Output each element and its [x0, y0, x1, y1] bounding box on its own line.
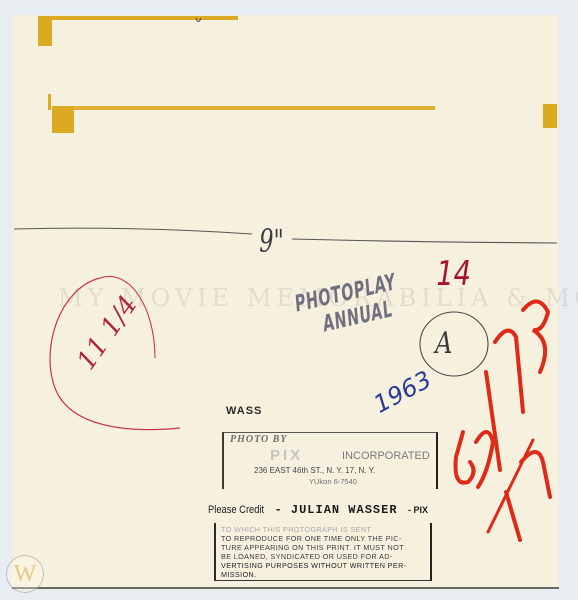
agency-stamp-box: PHOTO BY PIX INCORPORATED 236 EAST 46th …	[222, 432, 438, 489]
notice-line: BE LOANED, SYNDICATED OR USED FOR AD-	[221, 552, 430, 561]
credit-name: - JULIAN WASSER	[275, 503, 398, 517]
usage-notice-stamp: TO WHICH THIS PHOTOGRAPH IS SENT TO REPR…	[214, 523, 432, 581]
tape-strip-middle	[55, 106, 435, 110]
red-circle-mark	[40, 268, 190, 438]
tape-strip-middle-end	[52, 106, 74, 133]
tape-strip-top-end	[38, 16, 52, 46]
tape-strip-top	[38, 16, 238, 20]
measurement-label: 9"	[259, 222, 284, 260]
photographer-code: WASS	[226, 405, 262, 417]
pencil-mark-icon	[194, 16, 204, 26]
notice-line: VERTISING PURPOSES WITHOUT WRITTEN PER-	[221, 561, 430, 570]
red-date-label: 6/17/73	[0, 0, 3, 1]
credit-prefix: Please Credit	[208, 504, 264, 516]
red-number-14: 14	[436, 254, 471, 294]
worthpoint-badge-icon: W	[6, 555, 44, 593]
credit-suffix: - PIX	[408, 505, 428, 515]
agency-phone: YUkon 6-7540	[309, 477, 357, 486]
agency-incorporated: INCORPORATED	[342, 450, 430, 462]
agency-logo: PIX	[270, 447, 303, 464]
credit-stamp: Please Credit - JULIAN WASSER - PIX	[208, 500, 428, 518]
agency-address: 236 EAST 46th ST., N. Y. 17, N. Y.	[254, 466, 375, 475]
photo-by-label: PHOTO BY	[230, 434, 288, 445]
notice-line: TO REPRODUCE FOR ONE TIME ONLY THE PIC-	[221, 534, 430, 543]
tape-strip-right	[543, 104, 557, 128]
tape-strip-middle-tick	[48, 94, 51, 110]
red-date-handwriting	[448, 292, 558, 552]
notice-line: TO WHICH THIS PHOTOGRAPH IS SENT	[221, 525, 430, 534]
notice-line: TURE APPEARING ON THIS PRINT. IT MUST NO…	[221, 543, 430, 552]
measurement-line	[12, 220, 559, 270]
notice-line: MISSION.	[221, 570, 430, 579]
